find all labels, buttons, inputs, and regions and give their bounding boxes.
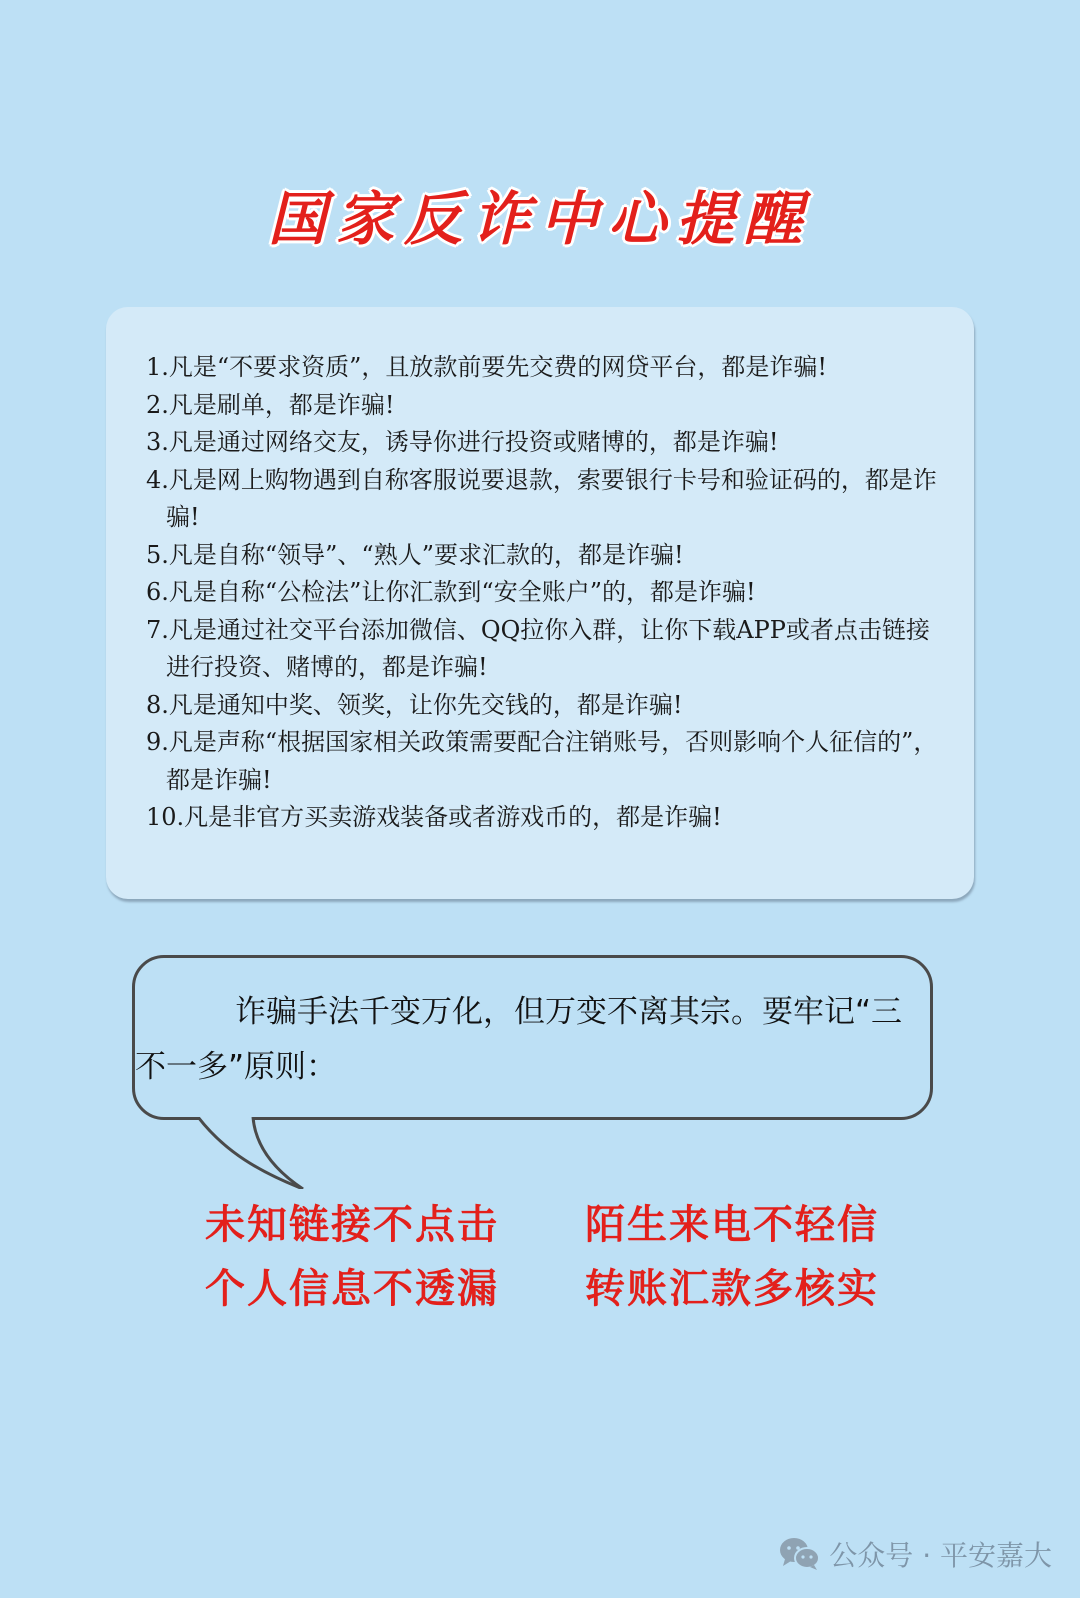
wechat-icon [779, 1537, 821, 1571]
page-title: 国家反诈中心提醒 [0, 172, 1080, 256]
slogan: 陌生来电不轻信 [585, 1200, 905, 1250]
rule-item: 1.凡是“不要求资质”，且放款前要先交费的网贷平台，都是诈骗! [146, 349, 944, 387]
speech-bubble: 诈骗手法千变万化，但万变不离其宗。要牢记“三不一多”原则： [132, 955, 933, 1120]
rule-item: 7.凡是通过社交平台添加微信、QQ拉你入群，让你下载APP或者点击链接进行投资、… [146, 612, 944, 687]
slogan: 个人信息不透漏 [205, 1264, 585, 1314]
rules-card: 1.凡是“不要求资质”，且放款前要先交费的网贷平台，都是诈骗! 2.凡是刷单，都… [106, 307, 974, 899]
footer-watermark: 公众号 · 平安嘉大 [779, 1534, 1052, 1574]
slogan: 未知链接不点击 [205, 1200, 585, 1250]
rule-item: 5.凡是自称“领导”、“熟人”要求汇款的，都是诈骗! [146, 537, 944, 575]
rules-list: 1.凡是“不要求资质”，且放款前要先交费的网贷平台，都是诈骗! 2.凡是刷单，都… [146, 349, 944, 837]
rule-item: 8.凡是通知中奖、领奖，让你先交钱的，都是诈骗! [146, 687, 944, 725]
footer-label: 公众号 · 平安嘉大 [829, 1534, 1052, 1574]
rule-item: 3.凡是通过网络交友，诱导你进行投资或赌博的，都是诈骗! [146, 424, 944, 462]
rule-item: 10.凡是非官方买卖游戏装备或者游戏币的，都是诈骗! [146, 799, 944, 837]
rule-item: 6.凡是自称“公检法”让你汇款到“安全账户”的，都是诈骗! [146, 574, 944, 612]
slogans-grid: 未知链接不点击 陌生来电不轻信 个人信息不透漏 转账汇款多核实 [205, 1200, 905, 1314]
slogan: 转账汇款多核实 [585, 1264, 905, 1314]
rule-item: 2.凡是刷单，都是诈骗! [146, 387, 944, 425]
rule-item: 4.凡是网上购物遇到自称客服说要退款，索要银行卡号和验证码的，都是诈骗! [146, 462, 944, 537]
speech-bubble-tail-icon [195, 1117, 315, 1189]
rule-item: 9.凡是声称“根据国家相关政策需要配合注销账号，否则影响个人征信的”，都是诈骗! [146, 724, 944, 799]
bubble-text: 诈骗手法千变万化，但万变不离其宗。要牢记“三不一多”原则： [135, 985, 910, 1095]
